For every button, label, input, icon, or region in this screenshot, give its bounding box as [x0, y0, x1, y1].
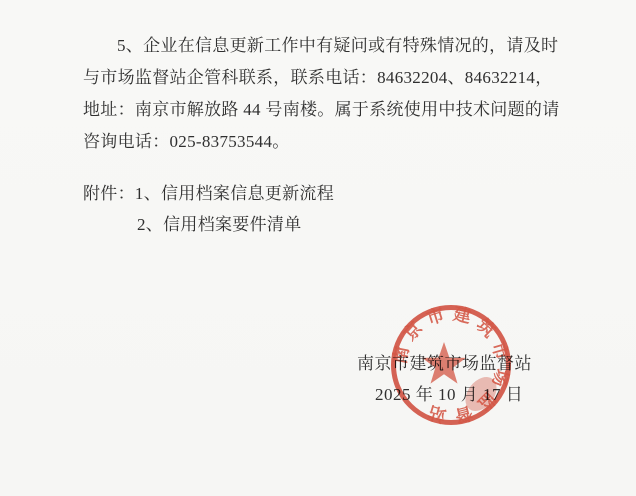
paragraph-line: 与市场监督站企管科联系，联系电话：84632204、84632214，: [83, 62, 563, 94]
paragraph-line: 地址：南京市解放路 44 号南楼。属于系统使用中技术问题的请: [83, 94, 563, 126]
attachments-label: 附件：: [83, 184, 135, 203]
attachment-item: 2、信用档案要件清单: [83, 209, 563, 240]
attachment-line: 附件：1、信用档案信息更新流程: [83, 178, 563, 209]
document-page: 5、企业在信息更新工作中有疑问或有特殊情况的，请及时 与市场监督站企管科联系，联…: [0, 0, 636, 496]
attachment-item: 1、信用档案信息更新流程: [135, 184, 334, 203]
attachments-block: 附件：1、信用档案信息更新流程 2、信用档案要件清单: [83, 178, 563, 240]
signature-organization: 南京市建筑市场监督站: [357, 349, 532, 374]
body-paragraph: 5、企业在信息更新工作中有疑问或有特殊情况的，请及时 与市场监督站企管科联系，联…: [83, 30, 563, 158]
paragraph-line: 5、企业在信息更新工作中有疑问或有特殊情况的，请及时: [83, 30, 563, 62]
signature-date: 2025 年 10 月 17 日: [375, 380, 523, 405]
paragraph-line: 咨询电话：025-83753544。: [83, 126, 563, 158]
